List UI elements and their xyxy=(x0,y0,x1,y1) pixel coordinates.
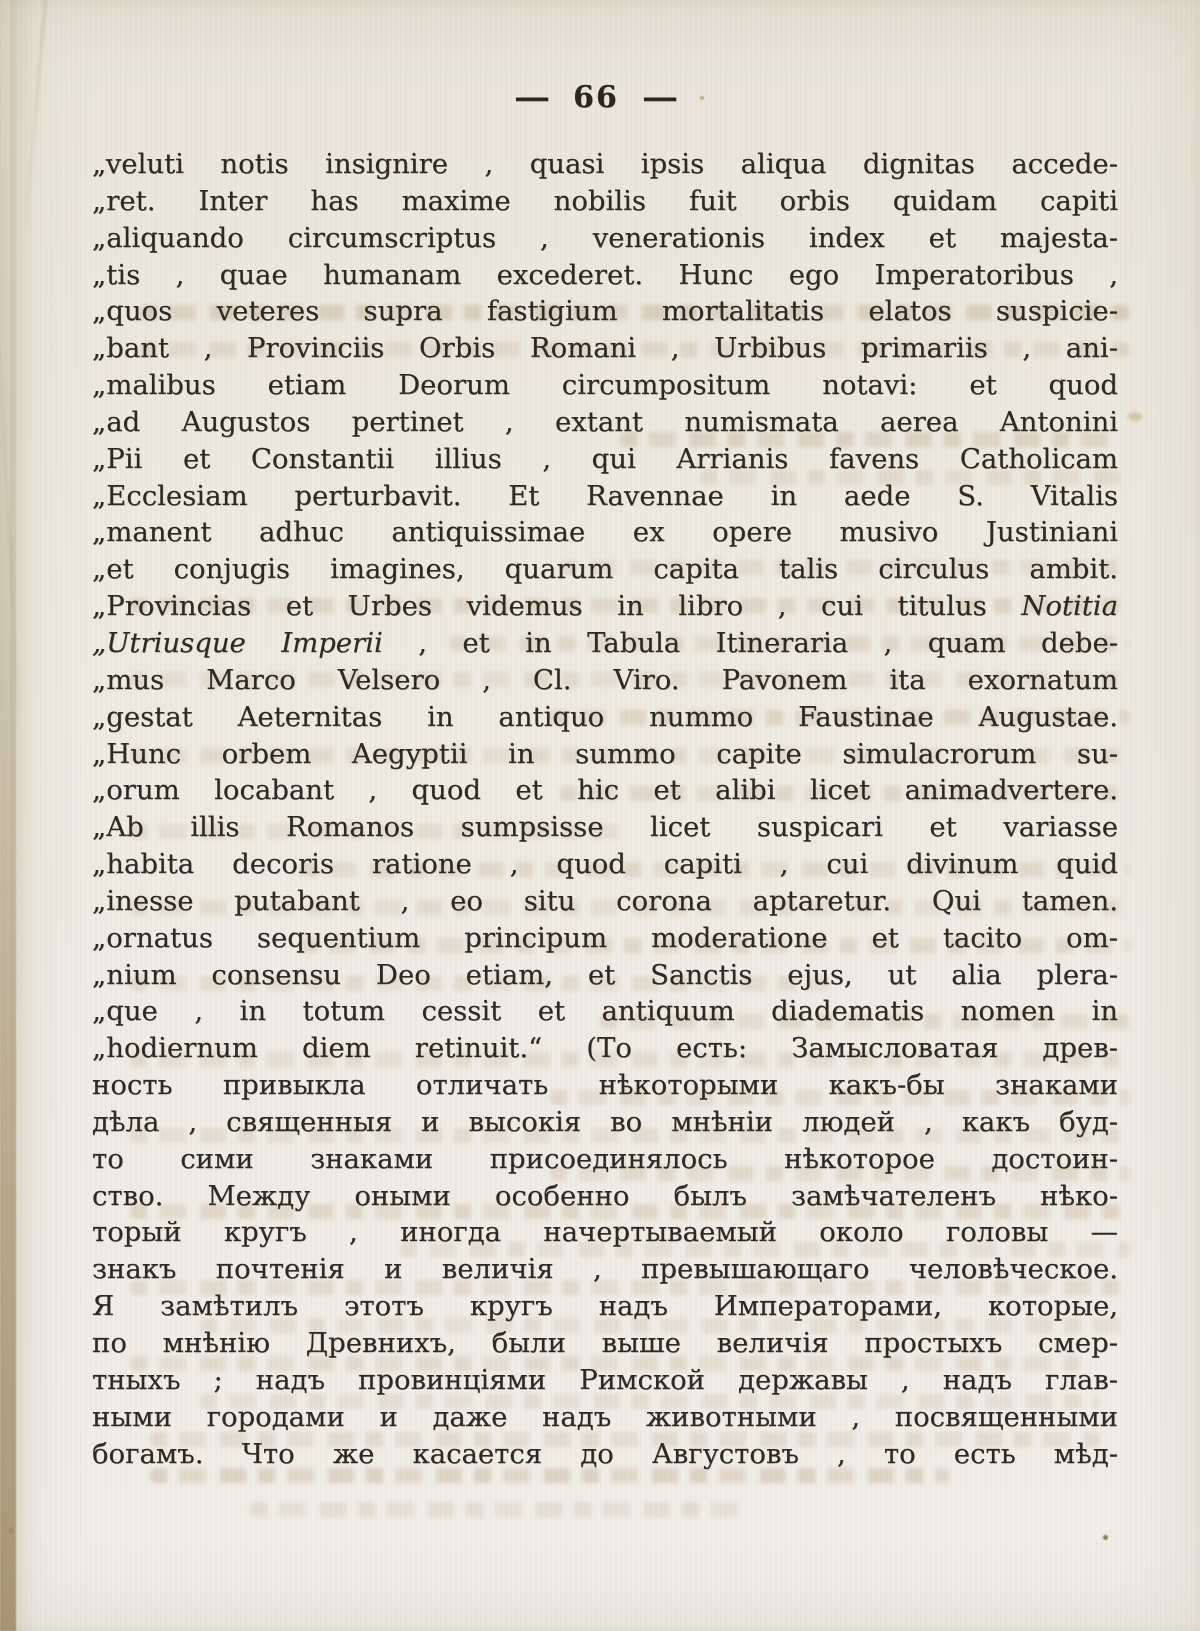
book-page: —66— „veluti notis insignire , quasi ips… xyxy=(0,0,1200,1631)
text-line: „mus Marco Velsero , Cl. Viro. Pavonem i… xyxy=(92,662,1118,699)
text-line: „ad Augustos pertinet , extant numismata… xyxy=(92,404,1118,441)
text-line: богамъ. Что же касается до Августовъ , т… xyxy=(92,1436,1118,1473)
text-line: то сими знаками присоединялось нѣкоторое… xyxy=(92,1141,1118,1178)
page-left-edge xyxy=(0,0,16,1631)
text-line: по мнѣнію Древнихъ, были выше величія пр… xyxy=(92,1325,1118,1362)
text-line: знакъ почтенія и величія , превышающаго … xyxy=(92,1251,1118,1288)
page-number: 66 xyxy=(573,80,619,115)
text-line: „gestat Aeternitas in antiquo nummo Faus… xyxy=(92,699,1118,736)
text-line: „ret. Inter has maxime nobilis fuit orbi… xyxy=(92,183,1118,220)
page-header: —66— xyxy=(0,80,1192,115)
stain-speck xyxy=(1103,1535,1108,1540)
text-line: „ornatus sequentium principum moderation… xyxy=(92,920,1118,957)
text-line: „et conjugis imagines, quarum capita tal… xyxy=(92,551,1118,588)
text-line: ными городами и даже надъ животными , по… xyxy=(92,1399,1118,1436)
text-line: „malibus etiam Deorum circumpositum nota… xyxy=(92,367,1118,404)
text-line: торый кругъ , иногда начертываемый около… xyxy=(92,1214,1118,1251)
text-line: „habita decoris ratione , quod capiti , … xyxy=(92,846,1118,883)
stain-speck xyxy=(1128,412,1142,421)
text-line: „tis , quae humanam excederet. Hunc ego … xyxy=(92,257,1118,294)
text-line: „orum locabant , quod et hic et alibi li… xyxy=(92,772,1118,809)
text-line: „nium consensu Deo etiam, et Sanctis eju… xyxy=(92,957,1118,994)
text-line: „quos veteres supra fastigium mortalitat… xyxy=(92,293,1118,330)
text-line: дѣла , священныя и высокія во мнѣніи люд… xyxy=(92,1104,1118,1141)
text-block: „veluti notis insignire , quasi ipsis al… xyxy=(92,146,1118,1472)
text-line: „manent adhuc antiquissimae ex opere mus… xyxy=(92,514,1118,551)
text-line: „inesse putabant , eo situ corona aptare… xyxy=(92,883,1118,920)
text-line: „Hunc orbem Aegyptii in summo capite sim… xyxy=(92,736,1118,773)
text-line: „aliquando circumscriptus , venerationis… xyxy=(92,220,1118,257)
text-line: „Ecclesiam perturbavit. Et Ravennae in a… xyxy=(92,478,1118,515)
bleed-through xyxy=(250,1502,750,1517)
text-line: „Utriusque Imperii , et in Tabula Itiner… xyxy=(92,625,1118,662)
header-rule-left: — xyxy=(514,80,550,115)
text-line: „hodiernum diem retinuit.“ (То есть: Зам… xyxy=(92,1030,1118,1067)
text-line: „veluti notis insignire , quasi ipsis al… xyxy=(92,146,1118,183)
text-line: „Ab illis Romanos sumpsisse licet suspic… xyxy=(92,809,1118,846)
text-line: „bant , Provinciis Orbis Romani , Urbibu… xyxy=(92,330,1118,367)
text-line: Я замѣтилъ этотъ кругъ надъ Императорами… xyxy=(92,1288,1118,1325)
text-line: ство. Между оными особенно былъ замѣчате… xyxy=(92,1178,1118,1215)
text-line: „que , in totum cessit et antiquum diade… xyxy=(92,993,1118,1030)
text-line: тныхъ ; надъ провинціями Римской державы… xyxy=(92,1362,1118,1399)
text-line: „Pii et Constantii illius , qui Arrianis… xyxy=(92,441,1118,478)
header-rule-right: — xyxy=(642,80,678,115)
text-line: ность привыкла отличать нѣкоторыми какъ-… xyxy=(92,1067,1118,1104)
text-line: „Provincias et Urbes videmus in libro , … xyxy=(92,588,1118,625)
